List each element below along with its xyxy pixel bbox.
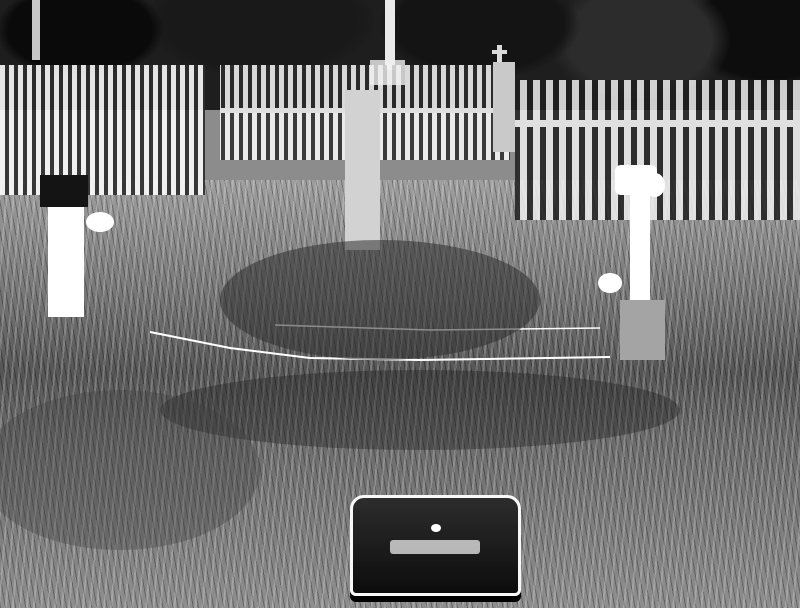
marker-right-post xyxy=(630,195,650,305)
marker-left-plaque xyxy=(40,175,88,207)
post-right-fence xyxy=(493,62,515,152)
post-center xyxy=(345,90,380,250)
fence-right xyxy=(515,80,800,220)
bag-logo xyxy=(390,540,480,554)
fence-left xyxy=(0,65,205,195)
bag xyxy=(350,495,521,596)
bag-emblem xyxy=(431,524,441,532)
photograph: Black-and-white photograph of an overgro… xyxy=(0,0,800,608)
marker-left-post xyxy=(48,207,84,317)
